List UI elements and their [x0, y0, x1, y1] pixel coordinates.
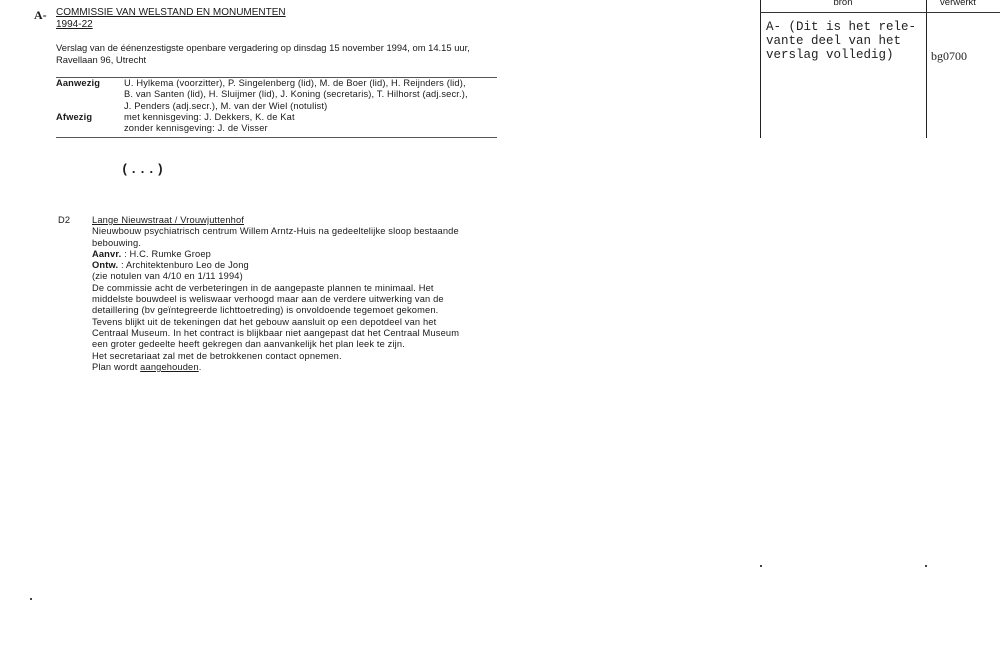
applicant-value: : H.C. Rumke Groep — [124, 249, 211, 259]
scan-speck — [925, 565, 927, 567]
source-table-column-divider — [926, 0, 927, 138]
present-line: J. Penders (adj.secr.), M. van der Wiel … — [124, 101, 501, 112]
scan-speck — [30, 598, 32, 600]
source-note: A- (Dit is het rele- vante deel van het … — [766, 20, 916, 62]
absent-list: met kennisgeving: J. Dekkers, K. de Kat … — [124, 112, 501, 135]
absent-line: met kennisgeving: J. Dekkers, K. de Kat — [124, 112, 501, 123]
processed-code: bg0700 — [931, 49, 967, 63]
absent-line: zonder kennisgeving: J. de Visser — [124, 123, 501, 134]
body-line: De commissie acht de verbeteringen in de… — [92, 283, 492, 294]
omission-marker: (...) — [121, 162, 165, 177]
attendance-present-row: Aanwezig U. Hylkema (voorzitter), P. Sin… — [56, 78, 501, 112]
scan-speck — [760, 565, 762, 567]
designer-label: Ontw. — [92, 260, 118, 270]
item-reference: (zie notulen van 4/10 en 1/11 1994) — [92, 271, 492, 282]
present-label: Aanwezig — [56, 78, 124, 112]
decision-prefix: Plan wordt — [92, 362, 140, 372]
present-line: U. Hylkema (voorzitter), P. Singelenberg… — [124, 78, 501, 89]
agenda-item: Lange Nieuwstraat / Vrouwjuttenhof Nieuw… — [92, 215, 492, 373]
body-line: een groter gedeelte heeft gekregen dan a… — [92, 339, 492, 350]
meeting-intro: Verslag van de éénenzestigste openbare v… — [56, 42, 506, 65]
body-line: Tevens blijkt uit de tekeningen dat het … — [92, 317, 492, 328]
source-table-left-border — [760, 0, 761, 138]
source-table-header-rule — [760, 12, 1000, 13]
document-header: COMMISSIE VAN WELSTAND EN MONUMENTEN 199… — [56, 7, 286, 31]
applicant-label: Aanvr. — [92, 249, 121, 259]
present-line: B. van Santen (lid), H. Sluijmer (lid), … — [124, 89, 501, 100]
attendance-absent-row: Afwezig met kennisgeving: J. Dekkers, K.… — [56, 112, 501, 135]
body-line: Centraal Museum. In het contract is blij… — [92, 328, 492, 339]
present-list: U. Hylkema (voorzitter), P. Singelenberg… — [124, 78, 501, 112]
item-decision: Plan wordt aangehouden. — [92, 362, 492, 373]
processed-column-header: verwerkt — [928, 0, 988, 8]
body-line: Het secretariaat zal met de betrokkenen … — [92, 351, 492, 362]
item-applicant: Aanvr. : H.C. Rumke Groep — [92, 249, 492, 260]
organization-name: COMMISSIE VAN WELSTAND EN MONUMENTEN — [56, 7, 286, 19]
margin-mark: A- — [34, 8, 47, 23]
absent-label: Afwezig — [56, 112, 124, 135]
body-line: middelste bouwdeel is weliswaar verhoogd… — [92, 294, 492, 305]
item-description: Nieuwbouw psychiatrisch centrum Willem A… — [92, 226, 492, 249]
decision-value: aangehouden — [140, 362, 199, 372]
item-designer: Ontw. : Architektenburo Leo de Jong — [92, 260, 492, 271]
document-number: 1994-22 — [56, 19, 286, 31]
designer-value: : Architektenburo Leo de Jong — [121, 260, 249, 270]
source-column-header: bron — [760, 0, 926, 8]
body-line: detaillering (bv geïntegreerde lichttoet… — [92, 305, 492, 316]
decision-suffix: . — [199, 362, 202, 372]
item-code: D2 — [58, 215, 70, 226]
item-title: Lange Nieuwstraat / Vrouwjuttenhof — [92, 215, 492, 226]
attendance-bottom-rule — [56, 137, 497, 138]
